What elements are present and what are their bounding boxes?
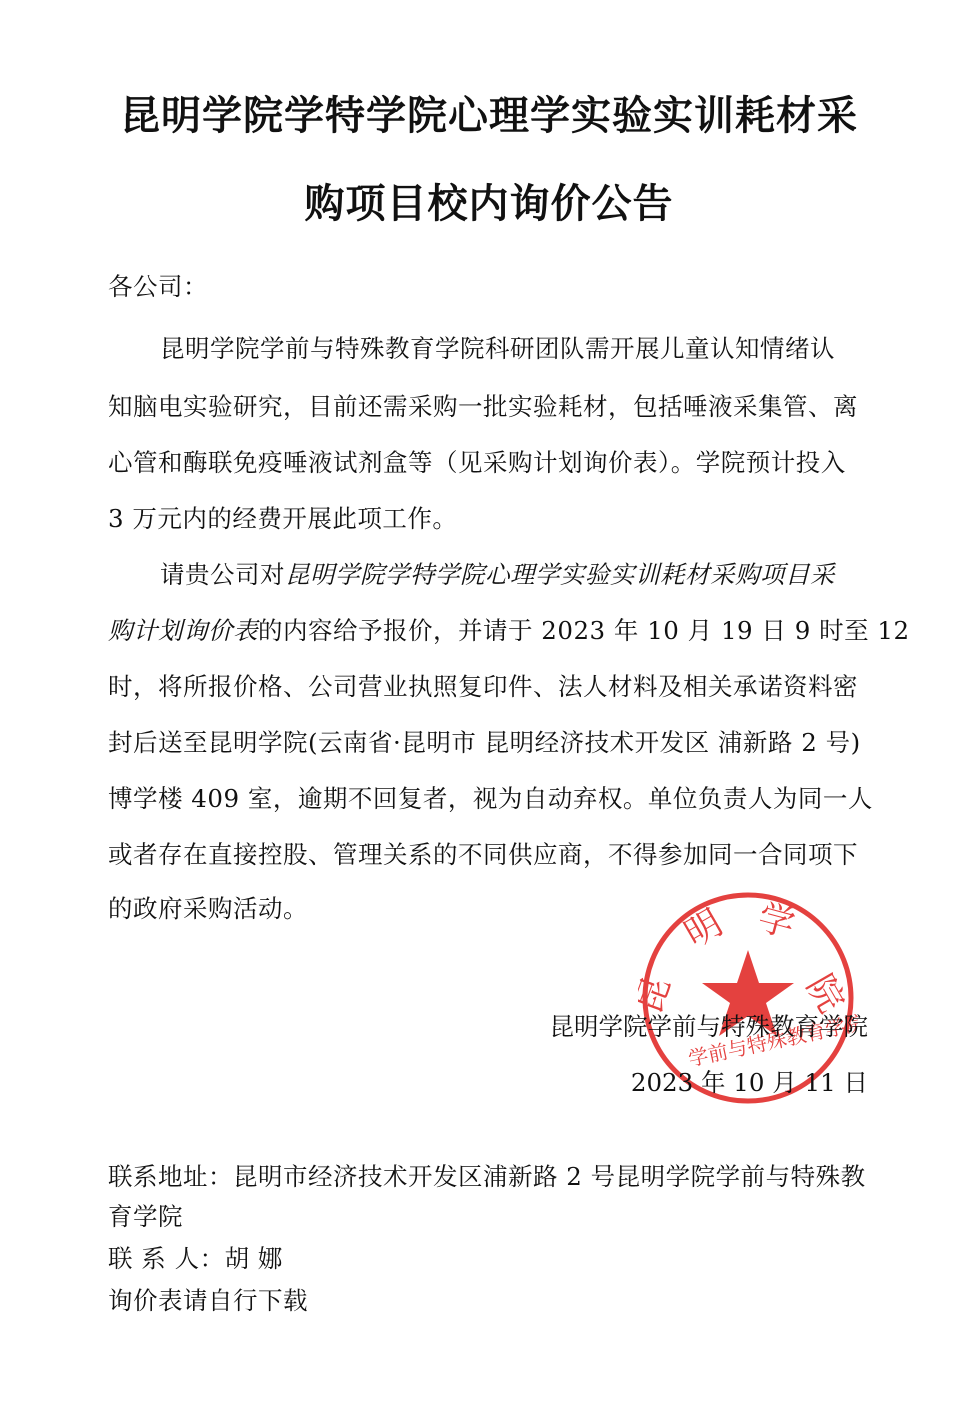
paragraph-2-line: 封后送至昆明学院(云南省·昆明市 昆明经济技术开发区 浦新路 2 号) — [108, 724, 861, 759]
paragraph-2-line: 博学楼 409 室，逾期不回复者，视为自动弃权。单位负责人为同一人 — [108, 780, 873, 815]
signature-organization: 昆明学院学前与特殊教育学院 — [550, 1008, 869, 1043]
signature-date: 2023 年 10 月 11 日 — [631, 1064, 868, 1099]
paragraph-1-line: 心管和酶联免疫唾液试剂盒等（见采购计划询价表）。学院预计投入 — [108, 444, 846, 479]
svg-text:明: 明 — [678, 902, 730, 956]
paragraph-2-line: 或者存在直接控股、管理关系的不同供应商，不得参加同一合同项下 — [108, 836, 858, 871]
paragraph-2-line: 购计划询价表的内容给予报价，并请于 2023 年 10 月 19 日 9 时至 … — [108, 612, 910, 647]
paragraph-2-line: 请贵公司对昆明学院学特学院心理学实验实训耗材采购项目采 — [160, 556, 835, 591]
contact-address: 联系地址：昆明市经济技术开发区浦新路 2 号昆明学院学前与特殊教 — [108, 1158, 866, 1193]
paragraph-1-line: 知脑电实验研究，目前还需采购一批实验耗材，包括唾液采集管、离 — [108, 388, 858, 423]
svg-text:学: 学 — [754, 897, 799, 946]
project-name-italic: 购计划询价表 — [108, 616, 258, 645]
deadline-text: 的内容给予报价，并请于 2023 年 10 月 19 日 9 时至 12 — [258, 616, 910, 645]
project-name-italic: 昆明学院学特学院心理学实验实训耗材采购项目采 — [285, 560, 835, 589]
paragraph-1-line: 昆明学院学前与特殊教育学院科研团队需开展儿童认知情绪认 — [160, 330, 835, 365]
contact-address-cont: 育学院 — [108, 1198, 183, 1233]
paragraph-2-line: 的政府采购活动。 — [108, 890, 308, 925]
paragraph-1-line: 3 万元内的经费开展此项工作。 — [108, 500, 457, 535]
contact-person: 联 系 人：胡 娜 — [108, 1240, 283, 1275]
document-title-line-2: 购项目校内询价公告 — [0, 172, 978, 229]
paragraph-2-line: 时，将所报价格、公司营业执照复印件、法人材料及相关承诺资料密 — [108, 668, 858, 703]
download-note: 询价表请自行下载 — [108, 1282, 308, 1317]
paragraph-2-lead: 请贵公司对 — [160, 560, 285, 589]
document-title-line-1: 昆明学院学特学院心理学实验实训耗材采 — [0, 84, 978, 141]
salutation: 各公司： — [108, 268, 208, 303]
